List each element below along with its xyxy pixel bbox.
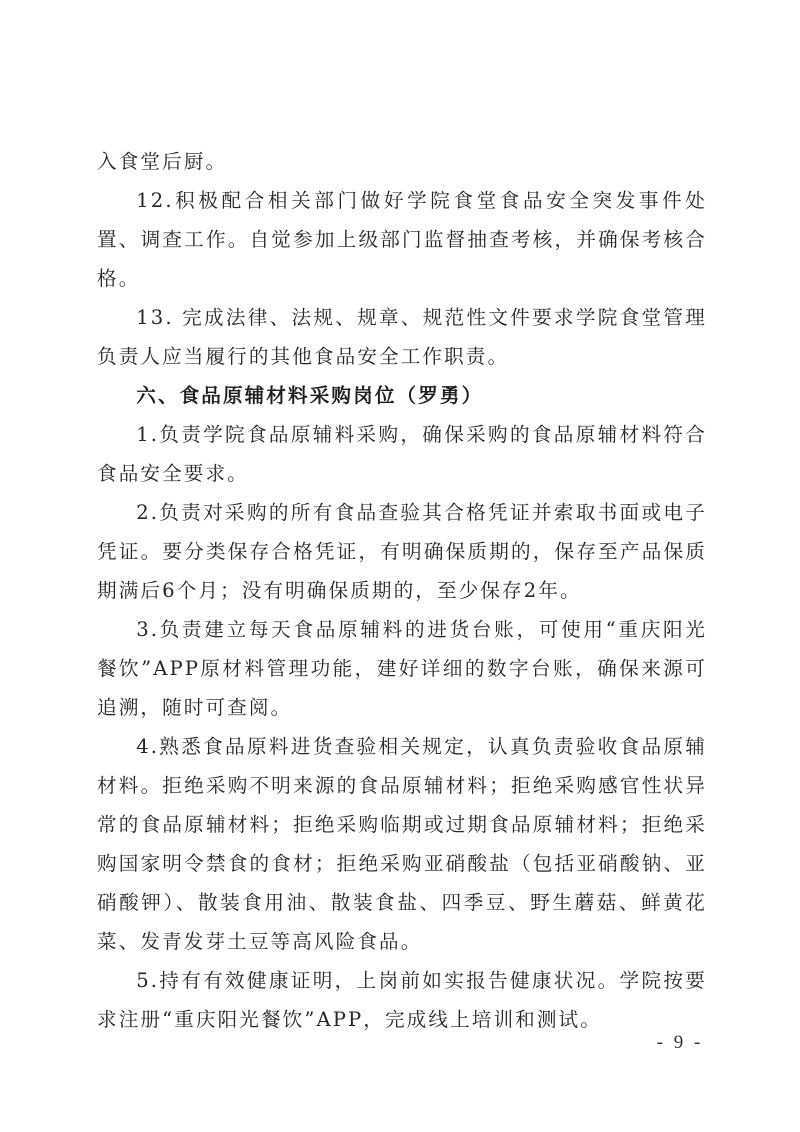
paragraph-item-5: 5.持有有效健康证明，上岗前如实报告健康状况。学院按要求注册“重庆阳光餐饮”AP…	[97, 961, 707, 1039]
paragraph-continuation: 入食堂后厨。	[97, 142, 707, 181]
paragraph-item-12: 12.积极配合相关部门做好学院食堂食品安全突发事件处置、调查工作。自觉参加上级部…	[97, 181, 707, 298]
paragraph-item-2: 2.负责对采购的所有食品查验其合格凭证并索取书面或电子凭证。要分类保存合格凭证，…	[97, 493, 707, 610]
paragraph-item-13: 13. 完成法律、法规、规章、规范性文件要求学院食堂管理负责人应当履行的其他食品…	[97, 298, 707, 376]
page-number: - 9 -	[650, 1032, 710, 1054]
document-body: 入食堂后厨。 12.积极配合相关部门做好学院食堂食品安全突发事件处置、调查工作。…	[97, 142, 707, 1039]
paragraph-item-3: 3.负责建立每天食品原辅料的进货台账，可使用“重庆阳光餐饮”APP原材料管理功能…	[97, 610, 707, 727]
paragraph-item-4: 4.熟悉食品原料进货查验相关规定，认真负责验收食品原辅材料。拒绝采购不明来源的食…	[97, 727, 707, 961]
section-heading: 六、食品原辅材料采购岗位（罗勇）	[97, 376, 707, 415]
paragraph-item-1: 1.负责学院食品原辅料采购，确保采购的食品原辅材料符合食品安全要求。	[97, 415, 707, 493]
document-page: 入食堂后厨。 12.积极配合相关部门做好学院食堂食品安全突发事件处置、调查工作。…	[0, 0, 800, 1132]
